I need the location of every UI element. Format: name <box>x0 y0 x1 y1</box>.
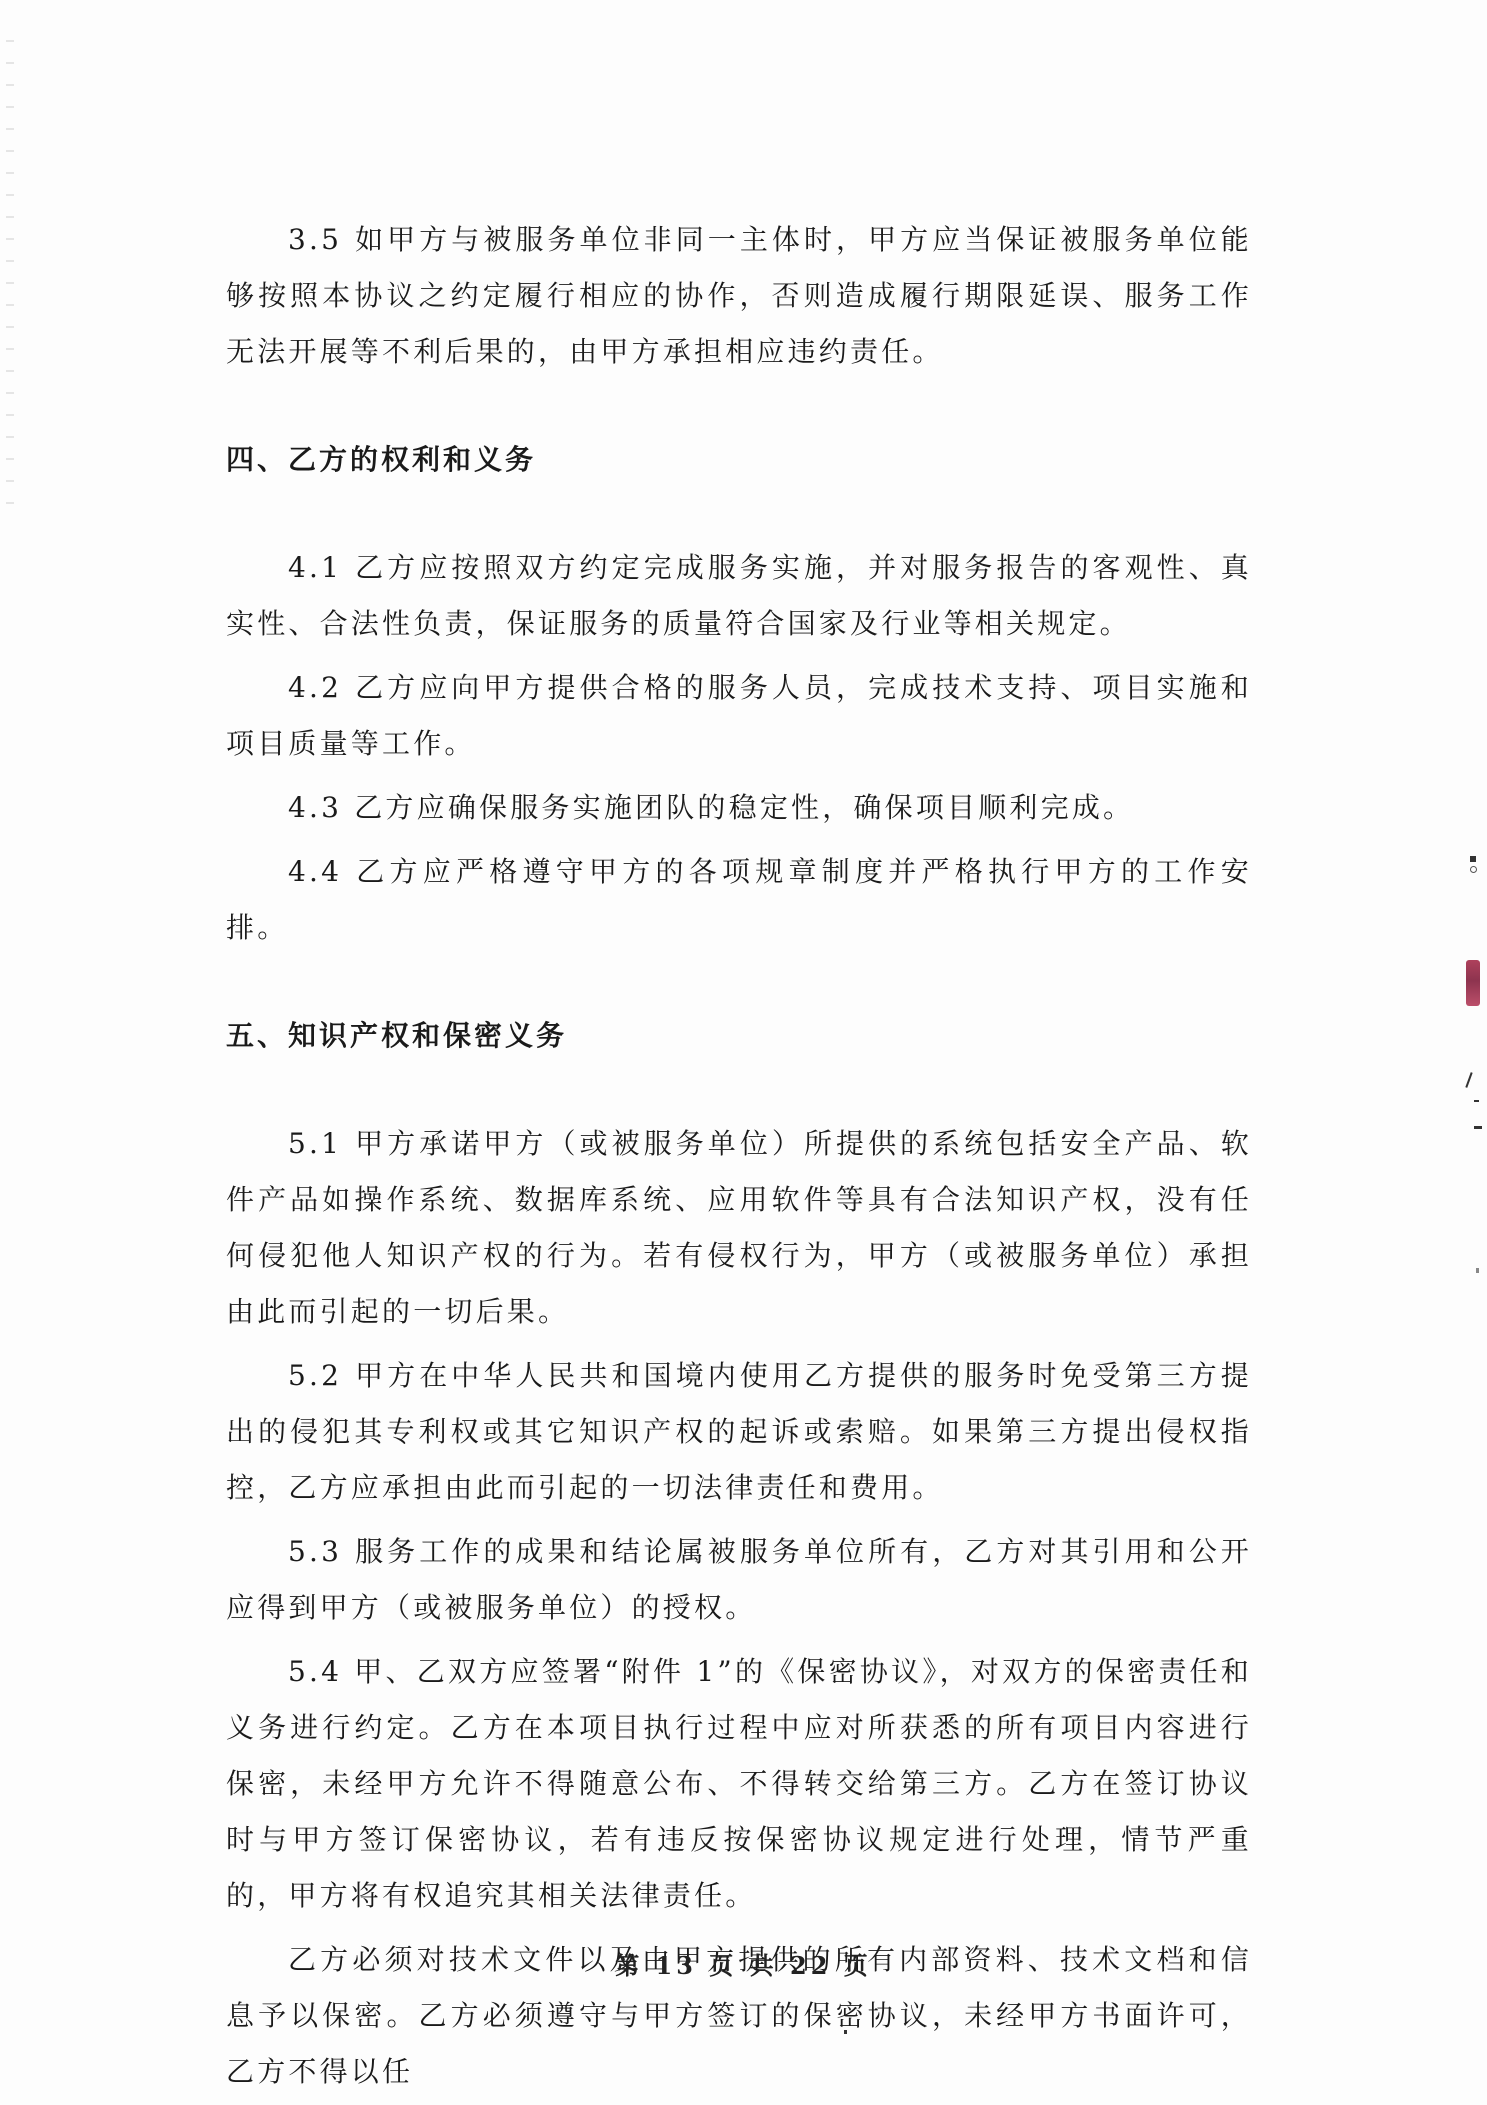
spacer <box>226 1340 1252 1348</box>
spacer <box>226 652 1252 660</box>
scan-mark <box>1470 866 1477 873</box>
scan-mark <box>1470 856 1476 862</box>
scan-edge-artifact <box>6 40 14 520</box>
scan-mark <box>1474 1126 1482 1129</box>
clause-5-2: 5.2 甲方在中华人民共和国境内使用乙方提供的服务时免受第三方提出的侵犯其专利权… <box>226 1348 1252 1516</box>
clause-5-3: 5.3 服务工作的成果和结论属被服务单位所有，乙方对其引用和公开应得到甲方（或被… <box>226 1524 1252 1636</box>
seal-stamp-fragment <box>1466 960 1480 1006</box>
spacer <box>226 488 1252 540</box>
page-number-footer: 第 13 页 共 22 页 <box>0 1946 1487 1981</box>
scan-mark <box>1474 1100 1479 1102</box>
clause-4-3: 4.3 乙方应确保服务实施团队的稳定性，确保项目顺利完成。 <box>226 780 1252 836</box>
document-page: 3.5 如甲方与被服务单位非同一主体时，甲方应当保证被服务单位能够按照本协议之约… <box>0 0 1487 2105</box>
spacer <box>226 836 1252 844</box>
spacer <box>226 1924 1252 1932</box>
clause-4-2: 4.2 乙方应向甲方提供合格的服务人员，完成技术支持、项目实施和项目质量等工作。 <box>226 660 1252 772</box>
spacer <box>226 956 1252 1008</box>
spacer <box>226 380 1252 432</box>
spacer <box>226 772 1252 780</box>
clause-4-4: 4.4 乙方应严格遵守甲方的各项规章制度并严格执行甲方的工作安排。 <box>226 844 1252 956</box>
scan-mark <box>1465 1072 1472 1088</box>
document-body: 3.5 如甲方与被服务单位非同一主体时，甲方应当保证被服务单位能够按照本协议之约… <box>226 212 1252 2100</box>
clause-5-4: 5.4 甲、乙双方应签署“附件 1”的《保密协议》，对双方的保密责任和义务进行约… <box>226 1644 1252 1924</box>
section-heading-5: 五、知识产权和保密义务 <box>226 1008 1252 1064</box>
scan-mark <box>1476 1268 1479 1273</box>
clause-3-5: 3.5 如甲方与被服务单位非同一主体时，甲方应当保证被服务单位能够按照本协议之约… <box>226 212 1252 380</box>
spacer <box>226 1064 1252 1116</box>
scan-mark <box>844 2030 847 2034</box>
section-heading-4: 四、乙方的权利和义务 <box>226 432 1252 488</box>
clause-4-1: 4.1 乙方应按照双方约定完成服务实施，并对服务报告的客观性、真实性、合法性负责… <box>226 540 1252 652</box>
spacer <box>226 1636 1252 1644</box>
clause-5-1: 5.1 甲方承诺甲方（或被服务单位）所提供的系统包括安全产品、软件产品如操作系统… <box>226 1116 1252 1340</box>
spacer <box>226 1516 1252 1524</box>
